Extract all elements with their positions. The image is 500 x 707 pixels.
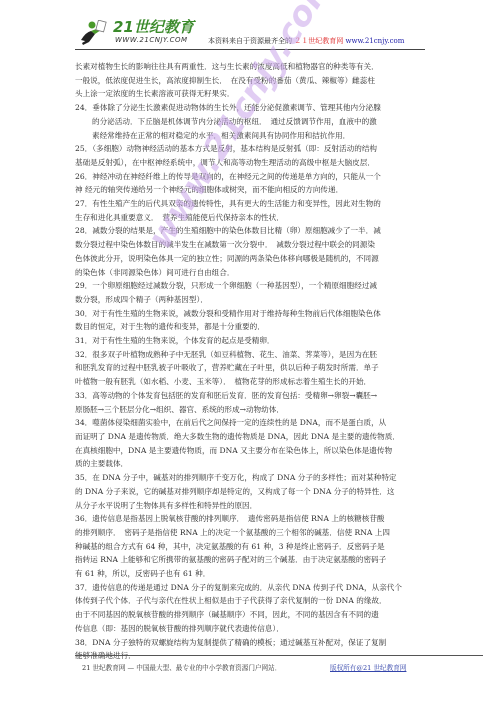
- footer-divider: [75, 655, 483, 656]
- paragraph: 29．一个卵原细胞经过减数分裂，只形成一个卵细胞（一种基因型），一个精原细胞经过…: [75, 279, 427, 306]
- paragraph: 34．噬菌体侵染细菌实验中，在前后代之间保持一定的连续性的是 DNA，而不是蛋白…: [75, 416, 427, 471]
- footer-text: 21 世纪教育网 — 中国最大型、最专业的中小学教育资源门户网站．: [82, 662, 281, 672]
- text-line: 在真核细胞中，DNA 是主要遗传物质，而 DNA 又主要分布在染色体上，所以染色…: [75, 444, 427, 458]
- text-line: 数分裂过程中染色体数目的减半发生在减数第一次分裂中． 减数分裂过程中联会的同源染: [75, 238, 427, 252]
- text-line: 的 DNA 分子来说，它的碱基对排列顺序却是特定的，又构成了每一个 DNA 分子…: [75, 485, 427, 499]
- paragraph: 长素对植物生长的影响往往具有两重性．这与生长素的浓度高低和植物器官的种类等有关．…: [75, 60, 427, 101]
- text-line: 27．有性生殖产生的后代具双亲的遗传特性，具有更大的生活能力和变异性，因此对生物…: [75, 197, 427, 211]
- text-line: 基础是反射弧），在中枢神经系统中，调节人和高等动物生理活动的高级中枢是大脑皮层．: [75, 156, 427, 170]
- paragraph: 24．垂体除了分泌生长激素促进动物体的生长外，还能分泌促激素调节、管理其他内分泌…: [75, 101, 427, 142]
- text-line: 34．噬菌体侵染细菌实验中，在前后代之间保持一定的连续性的是 DNA，而不是蛋白…: [75, 416, 427, 430]
- text-line: 37．遗传信息的传递是通过 DNA 分子的复制来完成的．从亲代 DNA 传到子代…: [75, 581, 427, 595]
- text-line: 能够准确地进行．: [75, 649, 427, 663]
- paragraph: 33．高等动物的个体发育包括胚的发育和胚后发育．胚的发育包括：受精卵→卵裂→囊胚…: [75, 389, 427, 416]
- tagline-brand: ２１世纪教育网: [294, 37, 343, 45]
- paragraph: 25．（多细胞）动物神经活动的基本方式是反射，基本结构是反射弧（即：反射活动的结…: [75, 142, 427, 169]
- paragraph: 27．有性生殖产生的后代具双亲的遗传特性，具有更大的生活能力和变异性，因此对生物…: [75, 197, 427, 224]
- text-line: 传信息（即：基因的脱氧核苷酸的排列顺序就代表遗传信息）．: [75, 622, 427, 636]
- text-line: 数目的恒定，对于生物的遗传和变异，都是十分重要的．: [75, 320, 427, 334]
- runner-logo-icon: [77, 20, 107, 46]
- page-header: 21世纪教育 WWW.21CNJY.COM 本资料来自于资源最齐全的 ２１世纪教…: [75, 12, 425, 52]
- paragraph: 28．减数分裂的结果是，产生的生殖细胞中的染色体数目比精（卵）原细胞减少了一半．…: [75, 224, 427, 279]
- text-line: 指转运 RNA 上能够和它所携带的氨基酸的密码子配对的三个碱基．由于决定氨基酸的…: [75, 553, 427, 567]
- text-line: 的分泌活动．下丘脑是机体调节内分泌活动的枢纽． 通过反馈调节作用，血液中的激: [75, 115, 427, 129]
- logo-url: WWW.21CNJY.COM: [115, 36, 188, 44]
- text-line: 数分裂，形成四个精子（两种基因型）．: [75, 293, 427, 307]
- text-line: 33．高等动物的个体发育包括胚的发育和胚后发育．胚的发育包括：受精卵→卵裂→囊胚…: [75, 389, 427, 403]
- text-line: 36．遗传信息是指基因上脱氧核苷酸的排列顺序． 遗传密码是指信使 RNA 上的核…: [75, 512, 427, 526]
- text-line: 的排列顺序． 密码子是指信使 RNA 上的决定一个氨基酸的三个相邻的碱基．信使 …: [75, 526, 427, 540]
- text-line: 原肠胚→三个胚层分化→组织、器官、系统的形成→动物幼体．: [75, 403, 427, 417]
- text-line: 体传到子代个体．子代与亲代在性状上相似是由于子代获得了亲代复制的一份 DNA 的…: [75, 594, 427, 608]
- logo-title: 21世纪教育: [113, 16, 194, 37]
- site-logo[interactable]: 21世纪教育 WWW.21CNJY.COM: [77, 14, 197, 48]
- text-line: 头上涂一定浓度的生长素溶液可获得无籽果实．: [75, 87, 427, 101]
- paragraph: 30．对于有性生殖的生物来说，减数分裂和受精作用对于维持每种生物前后代体细胞染色…: [75, 307, 427, 334]
- paragraph: 36．遗传信息是指基因上脱氧核苷酸的排列顺序． 遗传密码是指信使 RNA 上的核…: [75, 512, 427, 581]
- paragraph: 35．在 DNA 分子中，碱基对的排列顺序千变万化，构成了 DNA 分子的多样性…: [75, 471, 427, 512]
- paragraph: 37．遗传信息的传递是通过 DNA 分子的复制来完成的．从亲代 DNA 传到子代…: [75, 581, 427, 636]
- text-line: 种碱基的组合方式有 64 种，其中，决定氨基酸的有 61 种，3 种是终止密码子…: [75, 540, 427, 554]
- paragraph: 32．很多双子叶植物成熟种子中无胚乳（如豆科植物、花生、油菜、荠菜等），是因为在…: [75, 348, 427, 389]
- tagline-prefix: 本资料来自于资源最齐全的: [208, 37, 292, 45]
- copyright-link[interactable]: 版权所有@21 世纪教育网: [330, 662, 406, 672]
- text-line: 25．（多细胞）动物神经活动的基本方式是反射，基本结构是反射弧（即：反射活动的结…: [75, 142, 427, 156]
- paragraph: 38．DNA 分子独特的双螺旋结构为复制提供了精确的模板；通过碱基互补配对，保证…: [75, 636, 427, 663]
- text-line: 的染色体（非同源染色体）间可进行自由组合．: [75, 266, 427, 280]
- text-line: 神 经元的轴突传递给另一个神经元的细胞体或树突，而不能向相反的方向传递．: [75, 183, 427, 197]
- tagline-url[interactable]: www.21cnjy.com: [345, 37, 404, 45]
- header-tagline: 本资料来自于资源最齐全的 ２１世纪教育网 www.21cnjy.com: [208, 36, 404, 46]
- text-line: 素经常维持在正常的相对稳定的水平．相关激素间具有协同作用和拮抗作用．: [75, 129, 427, 143]
- text-line: 38．DNA 分子独特的双螺旋结构为复制提供了精确的模板；通过碱基互补配对，保证…: [75, 636, 427, 650]
- text-line: 29．一个卵原细胞经过减数分裂，只形成一个卵细胞（一种基因型），一个精原细胞经过…: [75, 279, 427, 293]
- text-line: 质的主要载体．: [75, 457, 427, 471]
- text-line: 而证明了 DNA 是遗传物质．绝大多数生物的遗传物质是 DNA，因此 DNA 是…: [75, 430, 427, 444]
- text-line: 长素对植物生长的影响往往具有两重性．这与生长素的浓度高低和植物器官的种类等有关．: [75, 60, 427, 74]
- text-line: 有 61 种，所以，反密码子也有 61 种．: [75, 567, 427, 581]
- text-line: 32．很多双子叶植物成熟种子中无胚乳（如豆科植物、花生、油菜、荠菜等），是因为在…: [75, 348, 427, 362]
- header-divider: [75, 49, 425, 50]
- text-line: 30．对于有性生殖的生物来说，减数分裂和受精作用对于维持每种生物前后代体细胞染色…: [75, 307, 427, 321]
- text-line: 24．垂体除了分泌生长激素促进动物体的生长外，还能分泌促激素调节、管理其他内分泌…: [75, 101, 427, 115]
- text-line: 和胚乳发育的过程中胚乳被子叶吸收了，营养贮藏在子叶里，供以后种子萌发时所需．单子: [75, 361, 427, 375]
- text-line: 31．对于有性生殖的生物来说，个体发育的起点是受精卵．: [75, 334, 427, 348]
- text-line: 35．在 DNA 分子中，碱基对的排列顺序千变万化，构成了 DNA 分子的多样性…: [75, 471, 427, 485]
- text-line: 从分子水平说明了生物体具有多样性和特异性的原因．: [75, 499, 427, 513]
- text-line: 28．减数分裂的结果是，产生的生殖细胞中的染色体数目比精（卵）原细胞减少了一半．…: [75, 224, 427, 238]
- text-line: 由于不同基因的脱氧核苷酸的排列顺序（碱基顺序）不同，因此，不同的基因含有不同的遗: [75, 608, 427, 622]
- text-line: 一般说，低浓度促进生长，高浓度抑制生长． 在没有受粉的番茄（黄瓜、辣椒等）雌蕊柱: [75, 74, 427, 88]
- paragraph: 31．对于有性生殖的生物来说，个体发育的起点是受精卵．: [75, 334, 427, 348]
- text-line: 生存和进化具重要意义． 营养生殖能使后代保持亲本的性状．: [75, 211, 427, 225]
- text-line: 26．神经冲动在神经纤维上的传导是双向的，在神经元之间的传递是单方向的，只能从一…: [75, 170, 427, 184]
- paragraph: 26．神经冲动在神经纤维上的传导是双向的，在神经元之间的传递是单方向的，只能从一…: [75, 170, 427, 197]
- text-line: 色体彼此分开，说明染色体具一定的独立性；同源的两条染色体移向哪极是随机的，不同源: [75, 252, 427, 266]
- document-body: 长素对植物生长的影响往往具有两重性．这与生长素的浓度高低和植物器官的种类等有关．…: [75, 60, 427, 663]
- text-line: 叶植物一般有胚乳（如水稻、小麦、玉米等）． 植物花芽的形成标志着生殖生长的开始．: [75, 375, 427, 389]
